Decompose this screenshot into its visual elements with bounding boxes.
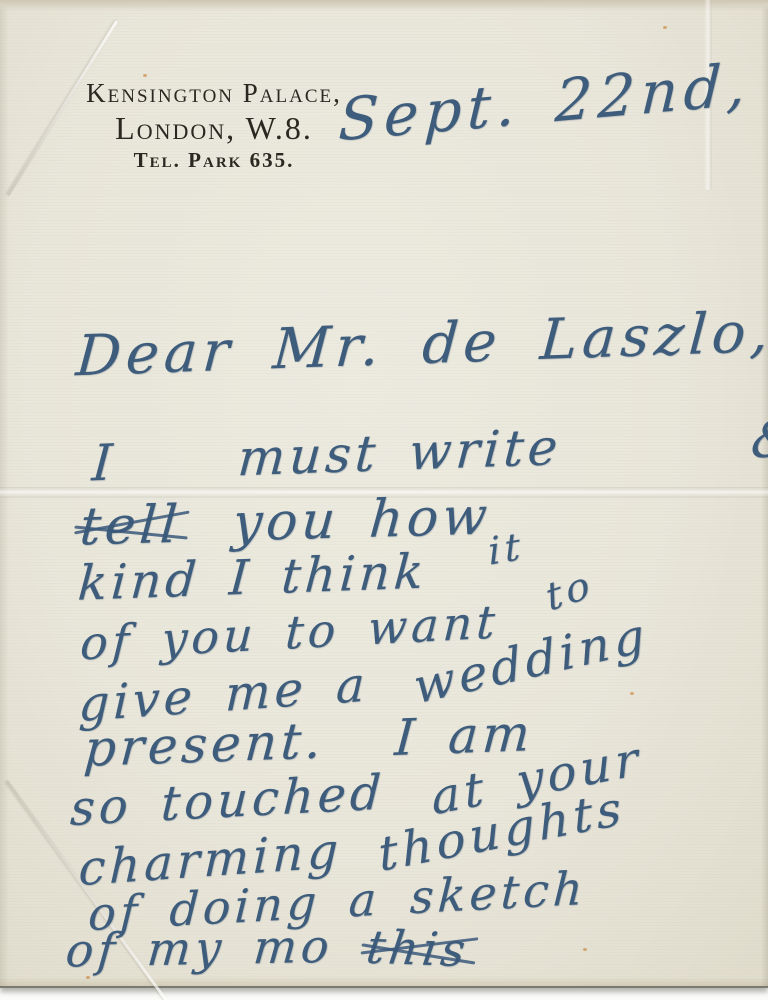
word-segment: & <box>749 410 768 470</box>
paper-sheet: Kensington Palace, London, W.8. Tel. Par… <box>0 0 768 986</box>
word-segment: I <box>90 433 118 492</box>
letter-line-1: Dear Mr. de Laszlo, <box>74 300 768 390</box>
word-segment: present. <box>82 711 327 778</box>
word-segment: Dear Mr. de Laszlo, <box>74 300 768 390</box>
letter-line-11: of my mothis <box>64 916 472 977</box>
letterhead: Kensington Palace, London, W.8. Tel. Par… <box>86 76 342 174</box>
foxing-spot <box>663 26 667 29</box>
struck-word: this <box>363 920 472 978</box>
letterhead-name: Kensington Palace, <box>86 76 342 110</box>
letter-scan: Kensington Palace, London, W.8. Tel. Par… <box>0 0 768 1000</box>
word-segment: to <box>542 562 598 620</box>
struck-word: tell <box>78 495 184 558</box>
word-segment: of my mo <box>64 919 336 978</box>
handwritten-date: Sept. 22nd, <box>337 50 753 155</box>
word-segment: must write <box>236 418 564 487</box>
word-segment: it <box>487 524 526 575</box>
foxing-spot <box>583 948 587 951</box>
letterhead-telephone: Tel. Park 635. <box>86 146 342 174</box>
letterhead-address: London, W.8. <box>86 110 342 146</box>
letter-line-2: Imust write& <box>90 410 768 493</box>
word-segment: sketch <box>409 861 588 924</box>
